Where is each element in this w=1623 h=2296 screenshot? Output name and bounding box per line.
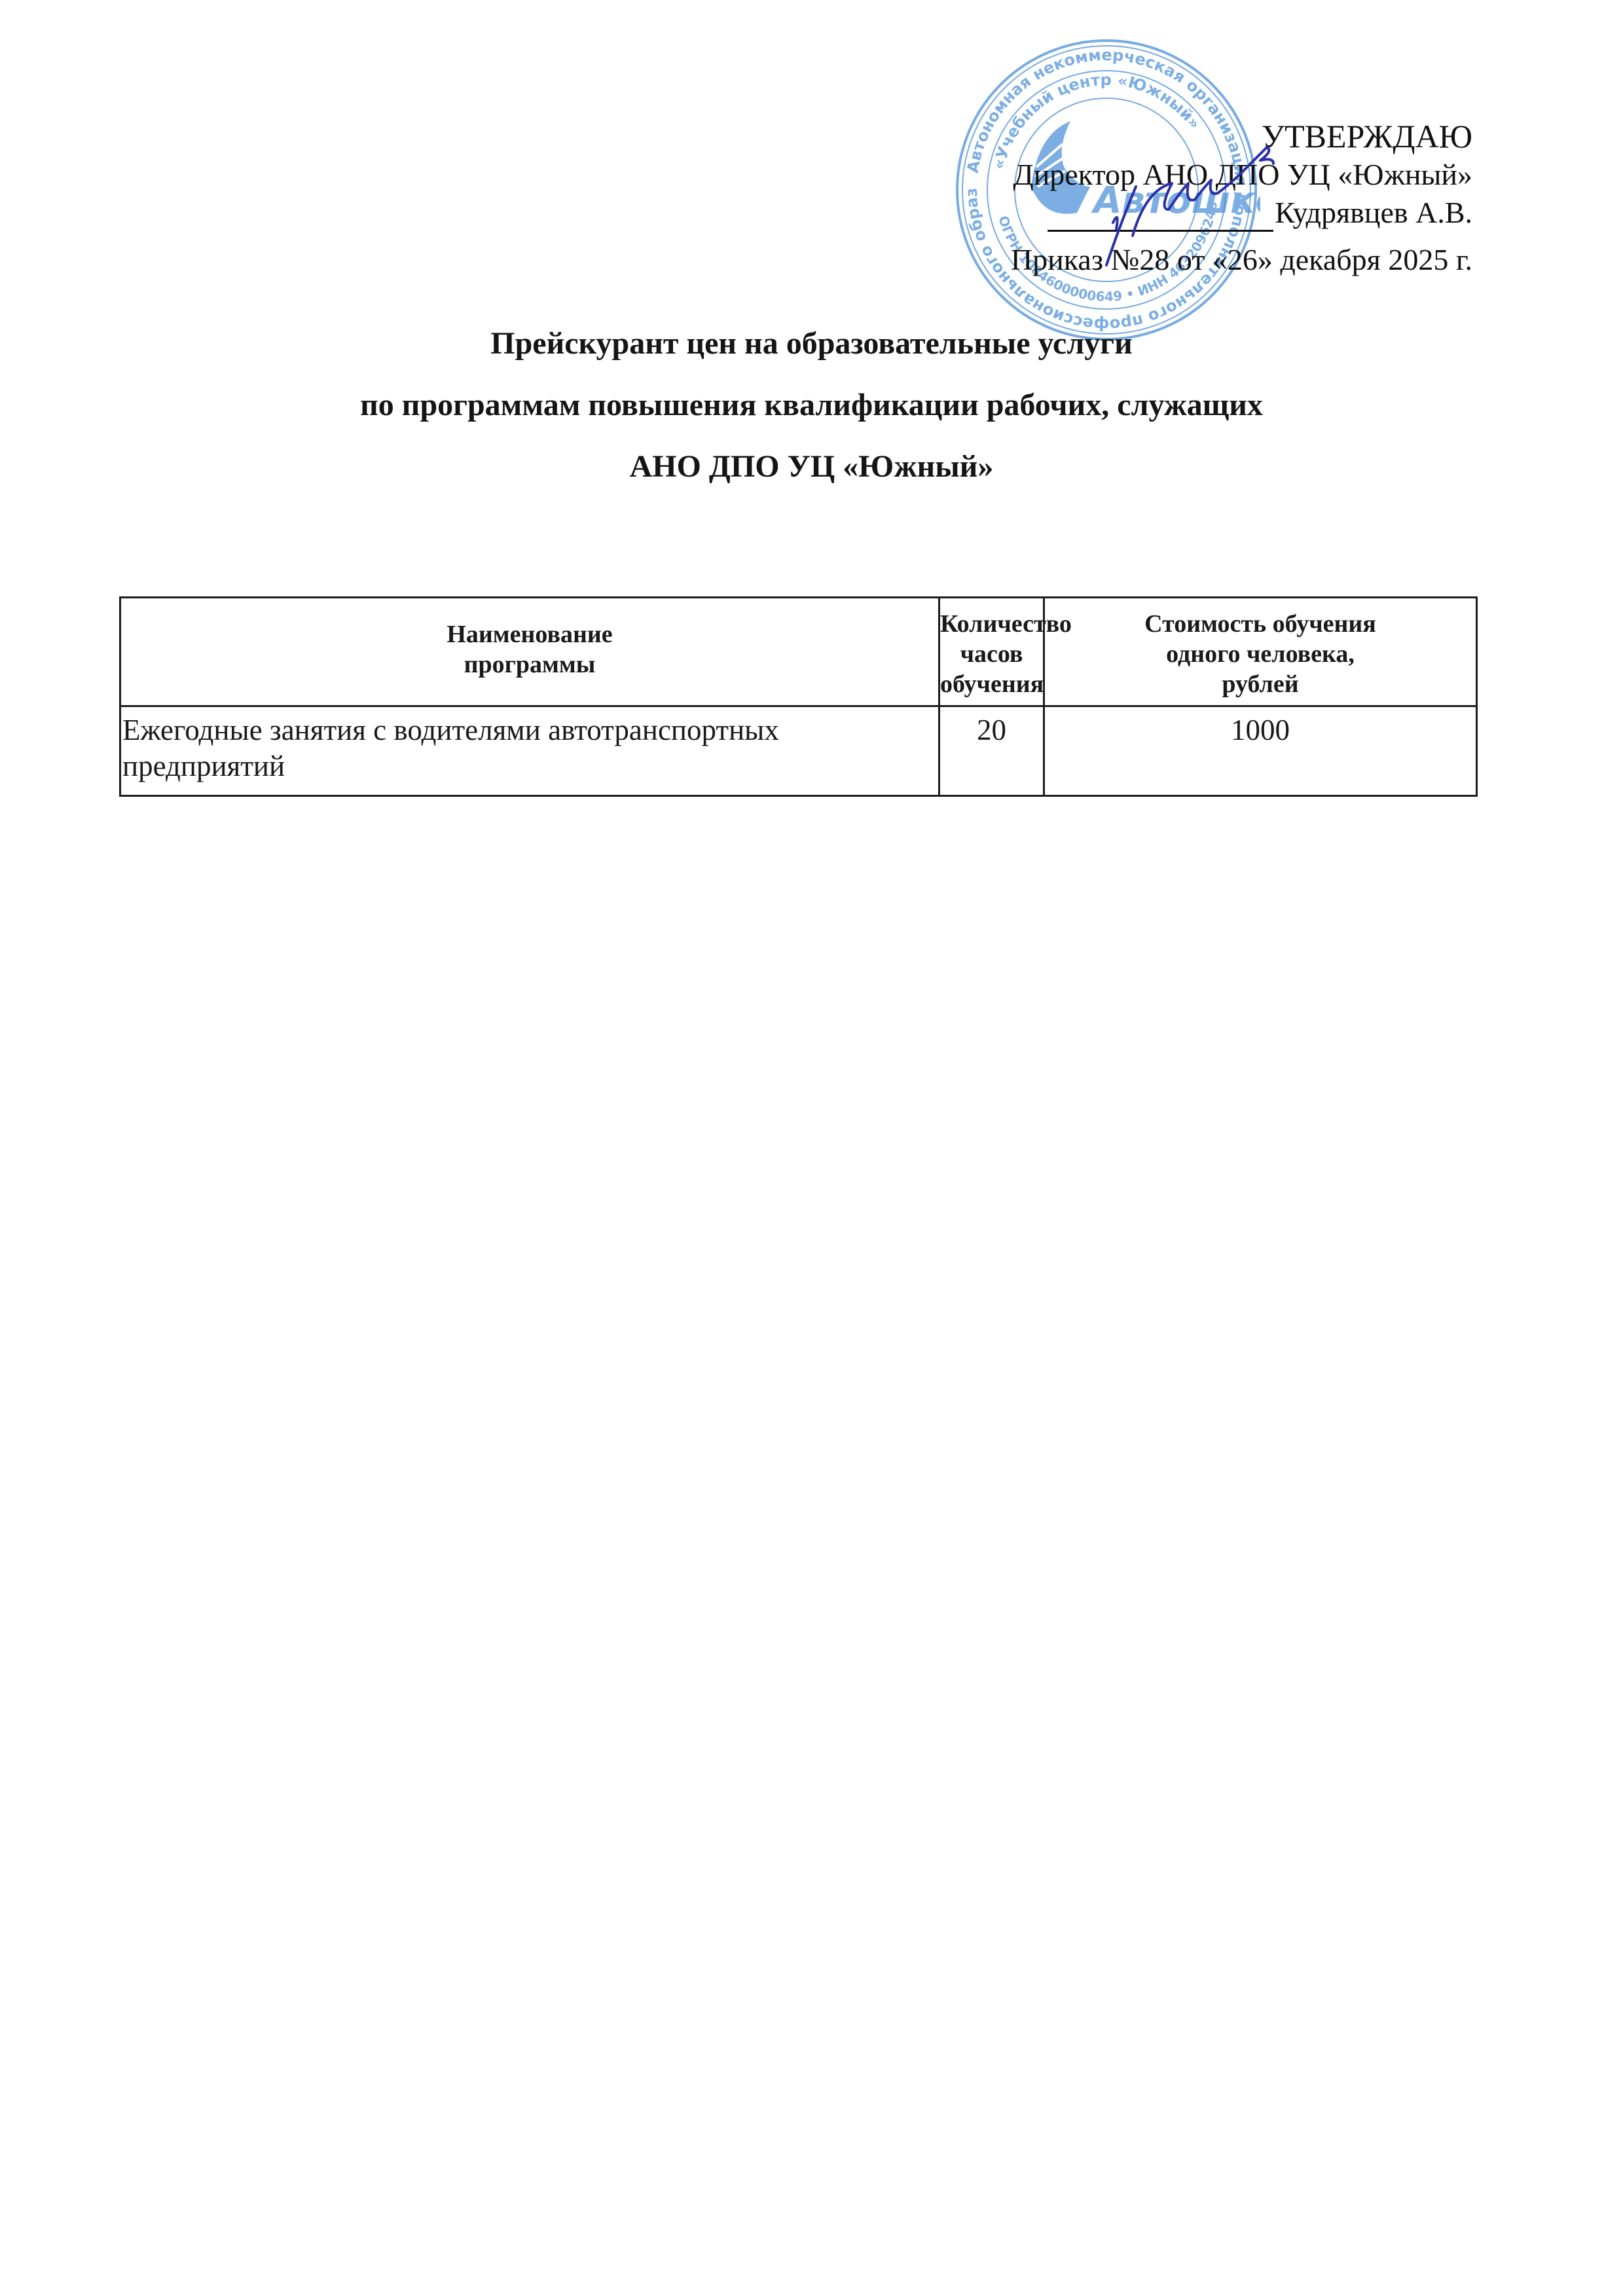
signature-underline (1048, 201, 1273, 232)
title-line-1: Прейскурант цен на образовательные услуг… (0, 324, 1623, 386)
header-price: Стоимость обучения одного человека, рубл… (1044, 598, 1477, 706)
title-line-2: по программам повышения квалификации раб… (0, 386, 1623, 447)
title-line-3: АНО ДПО УЦ «Южный» (0, 447, 1623, 509)
price-table: Наименование программы Количество часов … (119, 596, 1478, 797)
approval-position: Директор АНО ДПО УЦ «Южный» (1011, 156, 1472, 194)
approval-signatory: Кудрявцев А.В. (1275, 194, 1472, 232)
approval-title: УТВЕРЖДАЮ (1011, 117, 1472, 156)
table-header-row: Наименование программы Количество часов … (120, 598, 1477, 706)
header-program-name: Наименование программы (120, 598, 939, 706)
approval-block: УТВЕРЖДАЮ Директор АНО ДПО УЦ «Южный» Ку… (1011, 117, 1472, 279)
hours-cell: 20 (939, 706, 1044, 796)
program-name-cell: Ежегодные занятия с водителями автотранс… (120, 706, 939, 796)
header-hours: Количество часов обучения (939, 598, 1044, 706)
approval-order: Приказ №28 от «26» декабря 2025 г. (1011, 241, 1472, 279)
price-cell: 1000 (1044, 706, 1477, 796)
table-row: Ежегодные занятия с водителями автотранс… (120, 706, 1477, 796)
signature-line: Кудрявцев А.В. (1048, 194, 1472, 232)
document-title: Прейскурант цен на образовательные услуг… (0, 324, 1623, 509)
